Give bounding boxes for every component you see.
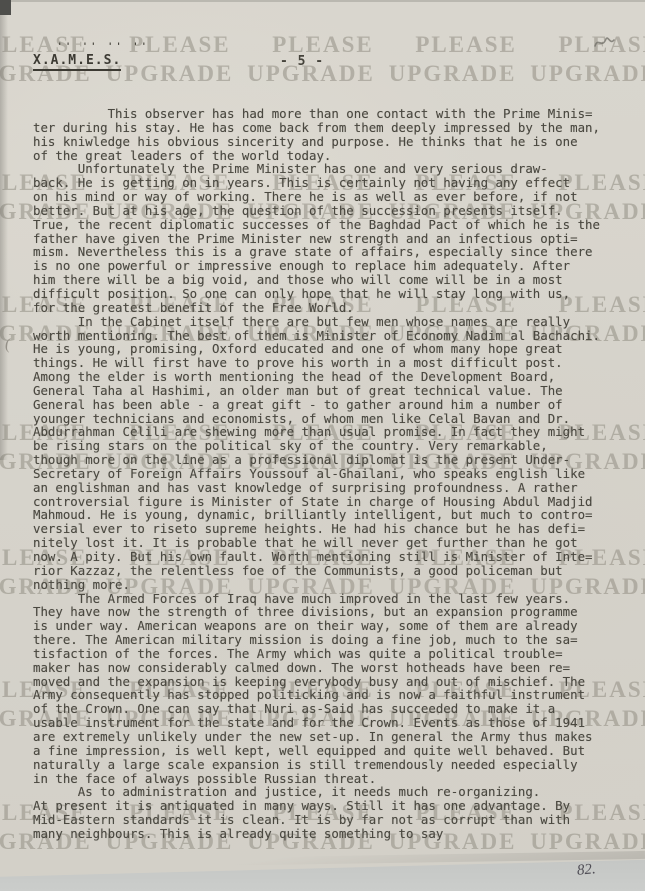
scan-edge-shadow-left — [0, 0, 8, 460]
page-number: - 5 - — [280, 54, 324, 69]
page-header-label: X.A.M.E.S. — [33, 53, 121, 71]
paper-sheet: PLEASEPLEASEPLEASEPLEASEPLEASEUPGRADEUPG… — [0, 0, 645, 891]
handwritten-page-number: 82. — [576, 861, 596, 880]
pen-mark-icon — [592, 34, 618, 52]
watermark-word: PLEASE — [272, 33, 373, 56]
watermark-word: UPGRADE — [389, 62, 517, 85]
watermark-word: PLEASE — [415, 33, 516, 56]
watermark-word: UPGRADE — [530, 62, 645, 85]
handwritten-tick-marks: '' '' '' '' — [57, 42, 150, 52]
scanned-document: PLEASEPLEASEPLEASEPLEASEPLEASEUPGRADEUPG… — [0, 0, 645, 891]
document-body-text: This observer has had more than one cont… — [33, 107, 623, 841]
scan-edge-shadow-top — [0, 0, 645, 2]
watermark-word: UPGRADE — [106, 62, 234, 85]
scan-corner-artifact — [0, 0, 11, 15]
